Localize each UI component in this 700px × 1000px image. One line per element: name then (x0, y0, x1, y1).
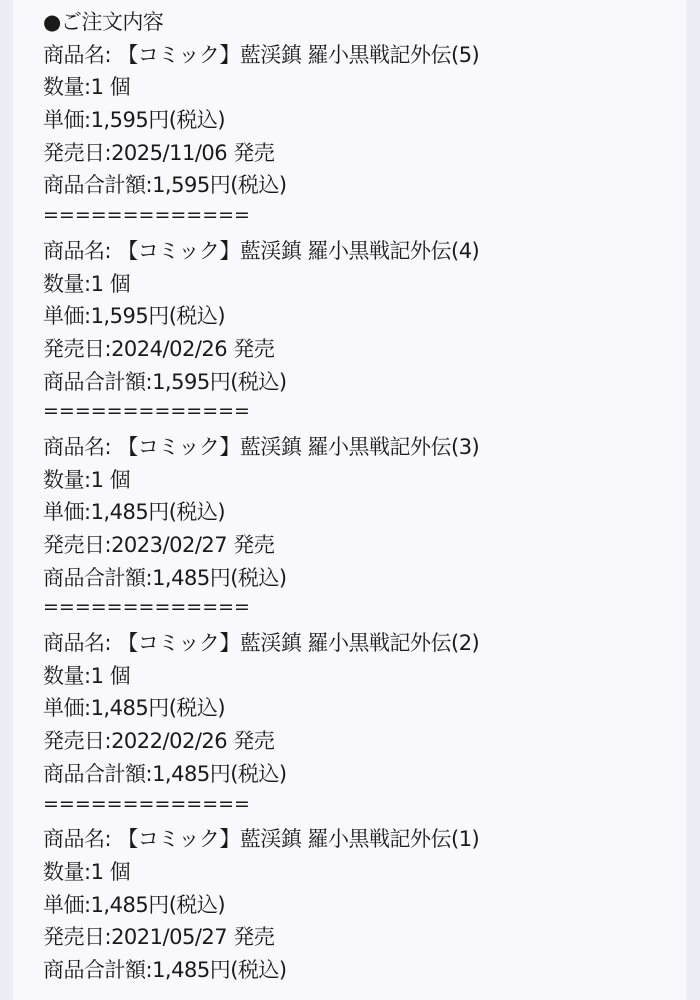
item-unit-price: 単価:1,595円(税込) (43, 104, 676, 137)
item-unit-price: 単価:1,595円(税込) (43, 300, 676, 333)
item-unit-price: 単価:1,485円(税込) (43, 889, 676, 922)
order-item-3: 商品名: 【コミック】藍渓鎮 羅小黒戦記外伝(3) 数量:1 個 単価:1,48… (43, 431, 676, 594)
order-details-card: ●ご注文内容 商品名: 【コミック】藍渓鎮 羅小黒戦記外伝(5) 数量:1 個 … (13, 0, 687, 1000)
item-name: 商品名: 【コミック】藍渓鎮 羅小黒戦記外伝(4) (43, 235, 676, 268)
item-subtotal: 商品合計額:1,485円(税込) (43, 562, 676, 595)
item-release-date: 発売日:2023/02/27 発売 (43, 529, 676, 562)
item-quantity: 数量:1 個 (43, 464, 676, 497)
order-details-content: ●ご注文内容 商品名: 【コミック】藍渓鎮 羅小黒戦記外伝(5) 数量:1 個 … (43, 6, 676, 1000)
separator: ============= (43, 202, 676, 235)
item-release-date: 発売日:2024/02/26 発売 (43, 333, 676, 366)
item-unit-price: 単価:1,485円(税込) (43, 692, 676, 725)
item-quantity: 数量:1 個 (43, 660, 676, 693)
clipped-next-line (43, 987, 676, 1000)
item-name: 商品名: 【コミック】藍渓鎮 羅小黒戦記外伝(2) (43, 627, 676, 660)
item-quantity: 数量:1 個 (43, 268, 676, 301)
item-name: 商品名: 【コミック】藍渓鎮 羅小黒戦記外伝(3) (43, 431, 676, 464)
item-subtotal: 商品合計額:1,595円(税込) (43, 169, 676, 202)
order-item-1: 商品名: 【コミック】藍渓鎮 羅小黒戦記外伝(1) 数量:1 個 単価:1,48… (43, 823, 676, 986)
order-item-2: 商品名: 【コミック】藍渓鎮 羅小黒戦記外伝(2) 数量:1 個 単価:1,48… (43, 627, 676, 790)
item-subtotal: 商品合計額:1,595円(税込) (43, 366, 676, 399)
separator: ============= (43, 398, 676, 431)
item-release-date: 発売日:2022/02/26 発売 (43, 725, 676, 758)
item-subtotal: 商品合計額:1,485円(税込) (43, 954, 676, 987)
item-name: 商品名: 【コミック】藍渓鎮 羅小黒戦記外伝(1) (43, 823, 676, 856)
item-quantity: 数量:1 個 (43, 71, 676, 104)
item-unit-price: 単価:1,485円(税込) (43, 496, 676, 529)
order-item-4: 商品名: 【コミック】藍渓鎮 羅小黒戦記外伝(4) 数量:1 個 単価:1,59… (43, 235, 676, 398)
item-quantity: 数量:1 個 (43, 856, 676, 889)
order-item-5: 商品名: 【コミック】藍渓鎮 羅小黒戦記外伝(5) 数量:1 個 単価:1,59… (43, 39, 676, 202)
item-name: 商品名: 【コミック】藍渓鎮 羅小黒戦記外伝(5) (43, 39, 676, 72)
item-subtotal: 商品合計額:1,485円(税込) (43, 758, 676, 791)
separator: ============= (43, 594, 676, 627)
separator: ============= (43, 791, 676, 824)
section-title: ●ご注文内容 (43, 6, 676, 39)
item-release-date: 発売日:2021/05/27 発売 (43, 921, 676, 954)
item-release-date: 発売日:2025/11/06 発売 (43, 137, 676, 170)
